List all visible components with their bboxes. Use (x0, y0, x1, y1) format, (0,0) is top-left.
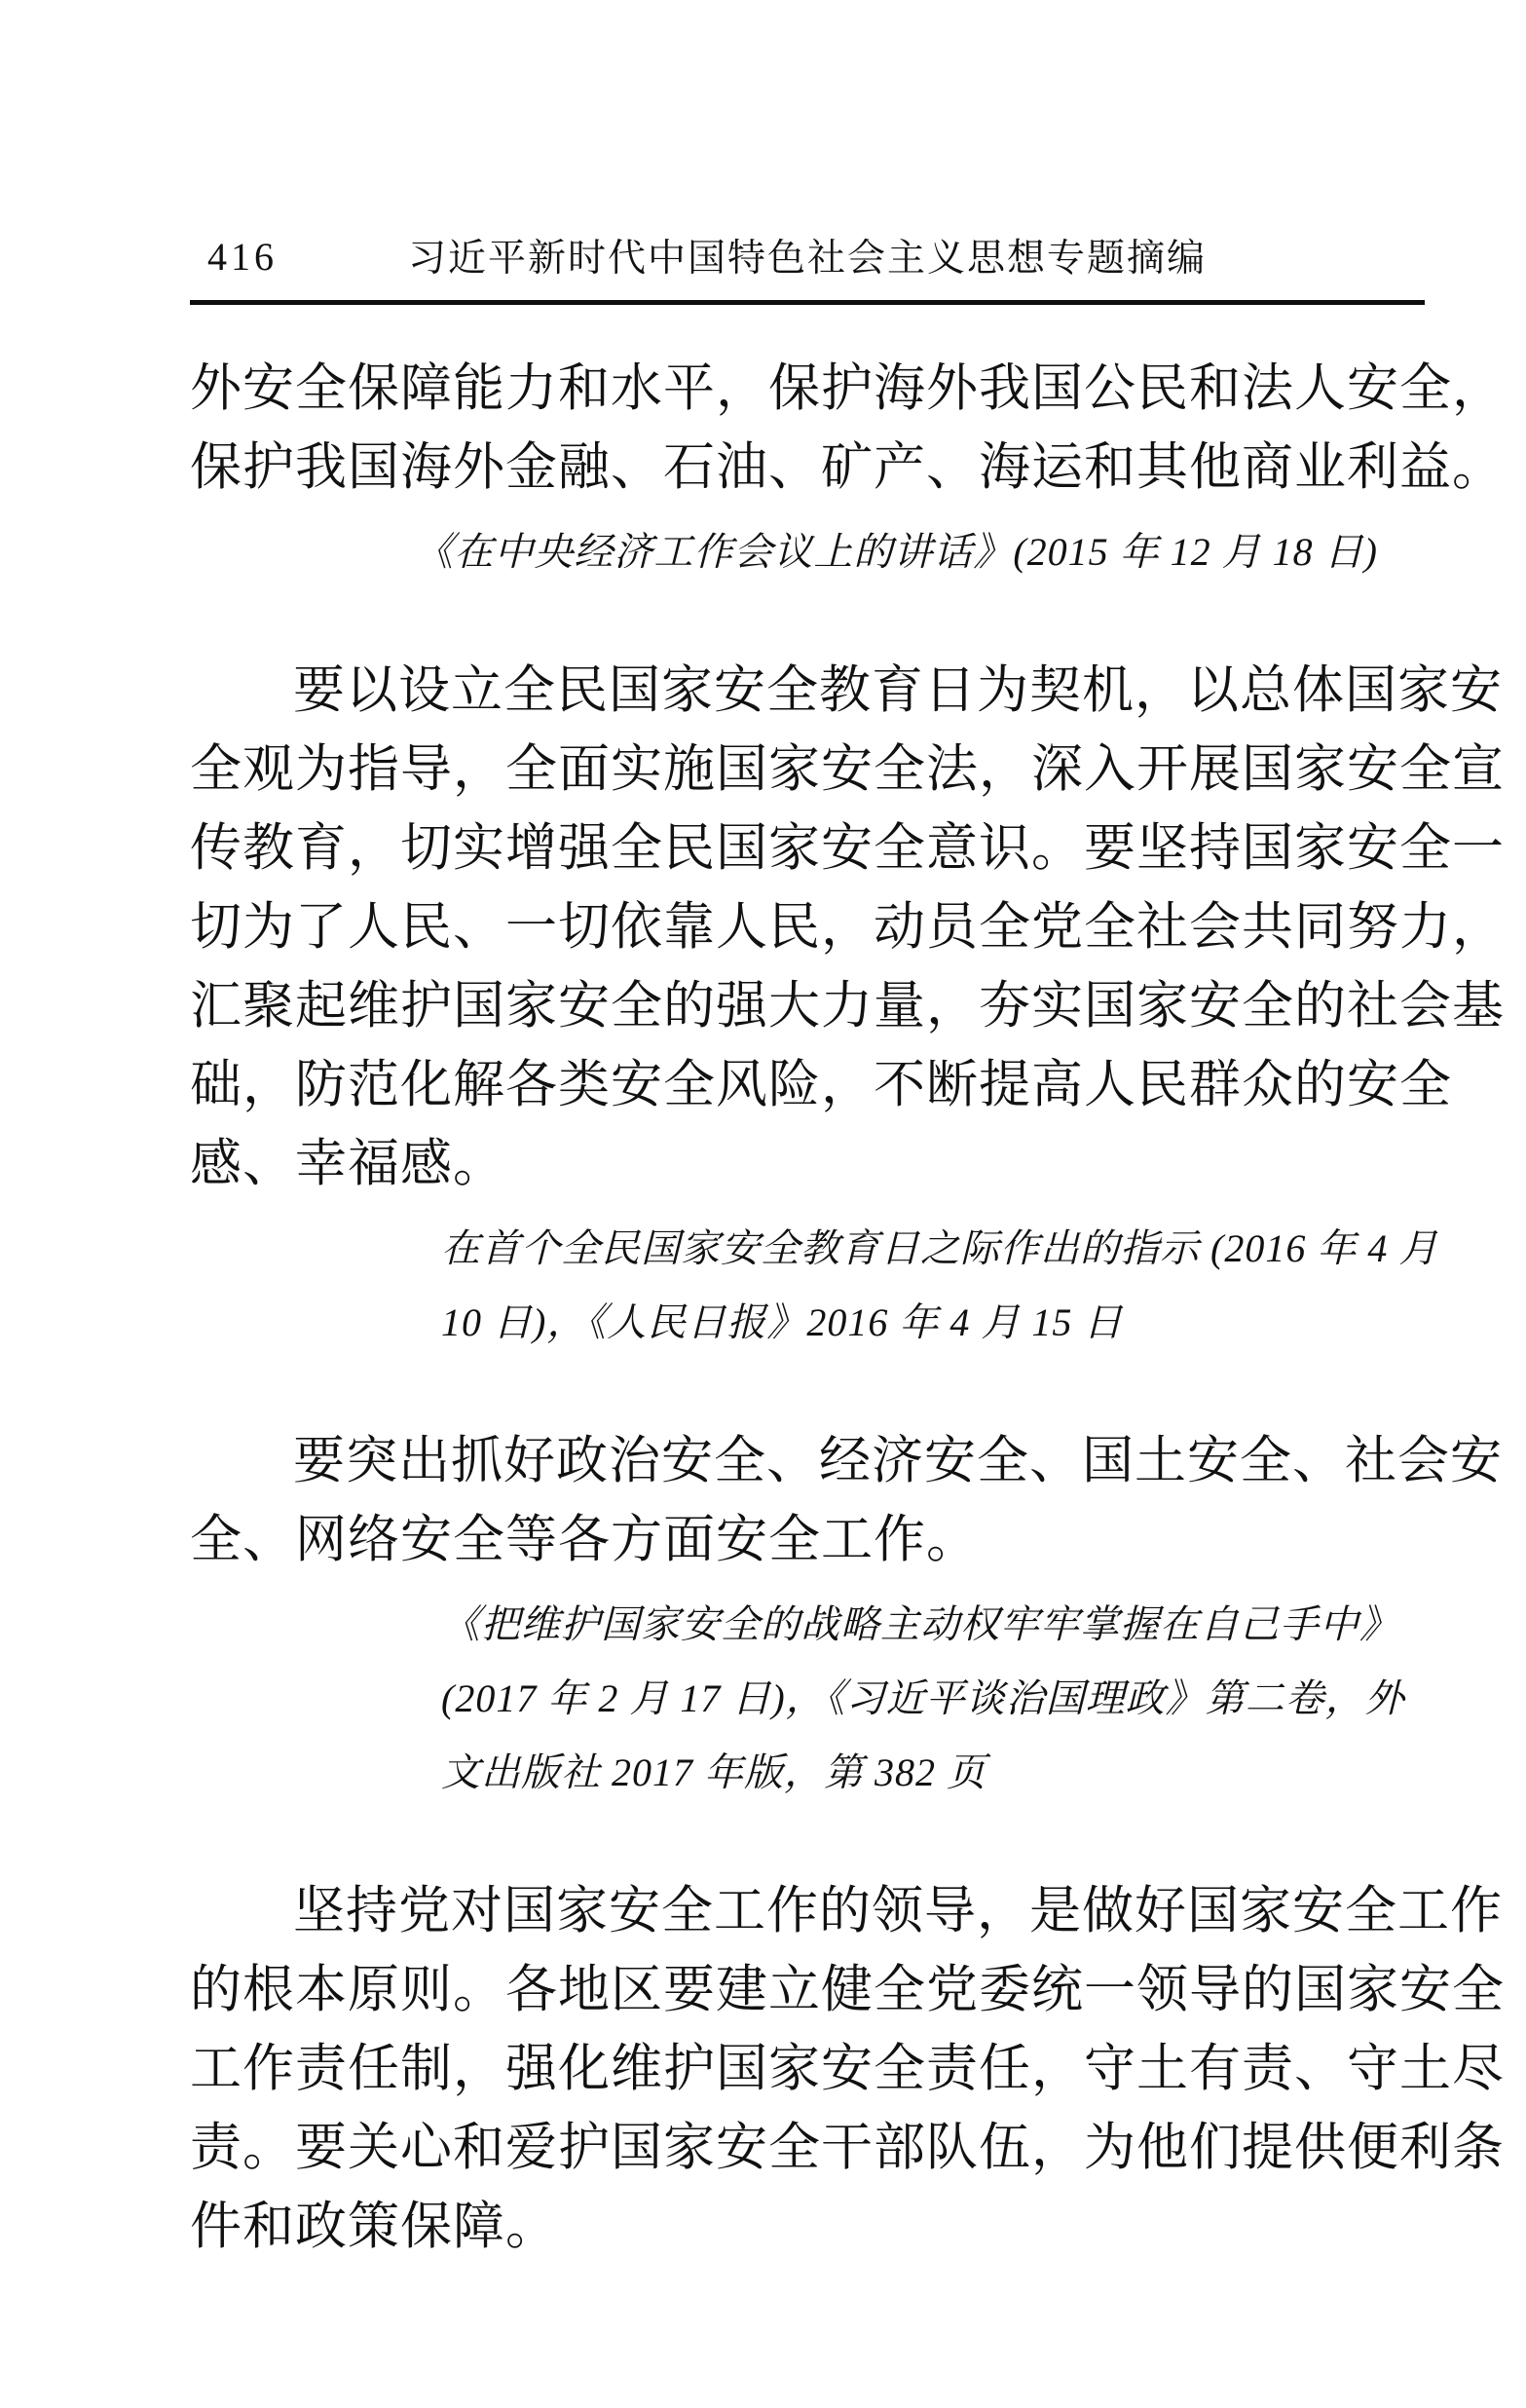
body-line: 全、网络安全等各方面安全工作。 (190, 1501, 1425, 1580)
paragraph-3: 要突出抓好政治安全、经济安全、国土安全、社会安 全、网络安全等各方面安全工作。 (190, 1422, 1425, 1580)
body-line: 要突出抓好政治安全、经济安全、国土安全、社会安 (190, 1422, 1425, 1501)
body-line: 础，防范化解各类安全风险，不断提高人民群众的安全 (190, 1046, 1425, 1125)
citation-line: 《把维护国家安全的战略主动权牢牢掌握在自己手中》 (441, 1588, 1425, 1662)
header-divider (190, 300, 1425, 305)
citation-2: 在首个全民国家安全教育日之际作出的指示 (2016 年 4 月 10 日)，《人… (441, 1212, 1425, 1360)
body-line: 传教育，切实增强全民国家安全意识。要坚持国家安全一 (190, 809, 1425, 888)
citation-3: 《把维护国家安全的战略主动权牢牢掌握在自己手中》 (2017 年 2 月 17 … (441, 1588, 1425, 1810)
citation-line: 10 日)，《人民日报》2016 年 4 月 15 日 (441, 1286, 1425, 1360)
body-line: 切为了人民、一切依靠人民，动员全党全社会共同努力， (190, 888, 1425, 967)
body-line: 坚持党对国家安全工作的领导，是做好国家安全工作 (190, 1872, 1425, 1951)
citation-line: 文出版社 2017 年版，第 382 页 (441, 1736, 1425, 1810)
citation-1: 《在中央经济工作会议上的讲话》(2015 年 12 月 18 日) (190, 515, 1425, 589)
running-head-title: 习近平新时代中国特色社会主义思想专题摘编 (190, 240, 1425, 278)
paragraph-2: 要以设立全民国家安全教育日为契机，以总体国家安 全观为指导，全面实施国家安全法，… (190, 652, 1425, 1204)
paragraph-1: 外安全保障能力和水平，保护海外我国公民和法人安全， 保护我国海外金融、石油、矿产… (190, 350, 1425, 508)
body-line: 责。要关心和爱护国家安全干部队伍，为他们提供便利条 (190, 2109, 1425, 2188)
body-line: 要以设立全民国家安全教育日为契机，以总体国家安 (190, 652, 1425, 731)
body-line: 全观为指导，全面实施国家安全法，深入开展国家安全宣 (190, 731, 1425, 809)
book-page: 416 习近平新时代中国特色社会主义思想专题摘编 外安全保障能力和水平，保护海外… (0, 0, 1526, 2408)
paragraph-4: 坚持党对国家安全工作的领导，是做好国家安全工作 的根本原则。各地区要建立健全党委… (190, 1872, 1425, 2267)
body-line: 保护我国海外金融、石油、矿产、海运和其他商业利益。 (190, 429, 1425, 508)
citation-line: (2017 年 2 月 17 日)，《习近平谈治国理政》第二卷，外 (441, 1662, 1425, 1736)
body-line: 件和政策保障。 (190, 2188, 1425, 2267)
citation-line: 在首个全民国家安全教育日之际作出的指示 (2016 年 4 月 (441, 1212, 1425, 1286)
body-line: 的根本原则。各地区要建立健全党委统一领导的国家安全 (190, 1951, 1425, 2030)
body-line: 外安全保障能力和水平，保护海外我国公民和法人安全， (190, 350, 1425, 429)
body-line: 汇聚起维护国家安全的强大力量，夯实国家安全的社会基 (190, 967, 1425, 1046)
body-line: 工作责任制，强化维护国家安全责任，守土有责、守土尽 (190, 2030, 1425, 2109)
page-content: 416 习近平新时代中国特色社会主义思想专题摘编 外安全保障能力和水平，保护海外… (190, 232, 1425, 2267)
citation-line: 《在中央经济工作会议上的讲话》(2015 年 12 月 18 日) (190, 515, 1378, 589)
page-header: 416 习近平新时代中国特色社会主义思想专题摘编 (190, 232, 1425, 292)
body-line: 感、幸福感。 (190, 1125, 1425, 1204)
